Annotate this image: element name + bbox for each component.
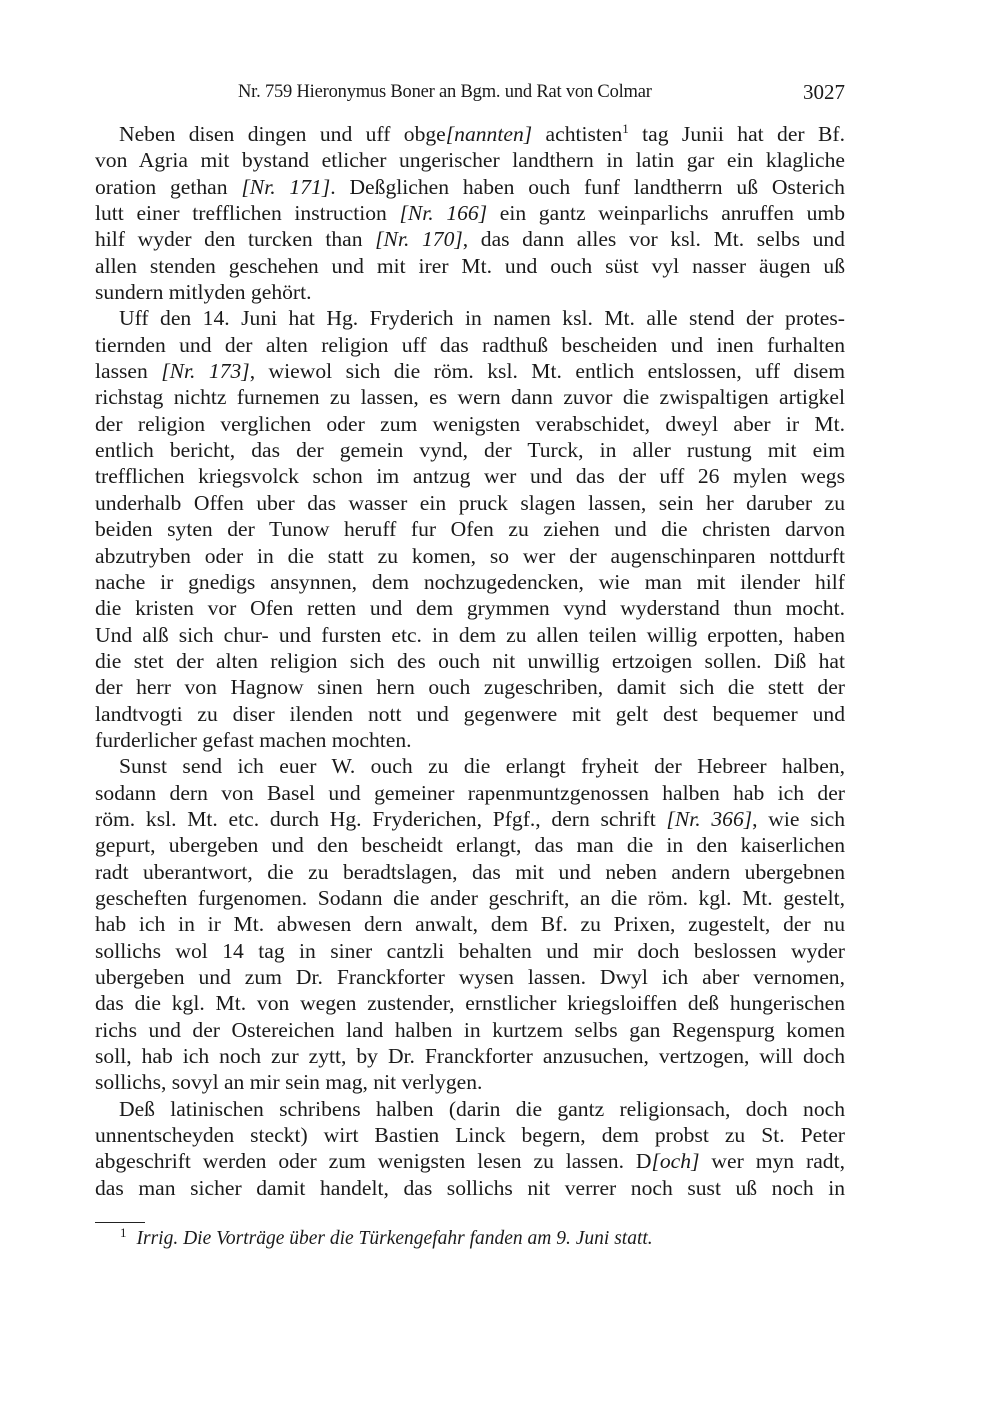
text-segment: unnentscheyden steckt) wirt Bastien Linc… — [95, 1123, 845, 1147]
editorial-reference: [Nr. 166] — [399, 201, 487, 225]
text-line: richs und der Ostereichen land halben in… — [95, 1017, 845, 1043]
text-segment: richstag nichtz furnemen zu lassen, es w… — [95, 385, 845, 409]
page-number: 3027 — [803, 80, 845, 105]
text-segment: lassen — [95, 359, 161, 383]
text-segment: ubergeben und zum Dr. Franckforter wysen… — [95, 965, 845, 989]
text-segment: . Deßglichen haben ouch funf landtherrn … — [330, 175, 845, 199]
text-segment: trefflichen kriegsvolck schon im antzug … — [95, 464, 845, 488]
text-segment: oration gethan — [95, 175, 241, 199]
text-line: lutt einer trefflichen instruction [Nr. … — [95, 200, 845, 226]
text-segment: Sunst send ich euer W. ouch zu die erlan… — [119, 754, 845, 778]
text-segment: beiden syten der Tunow heruff fur Ofen z… — [95, 517, 845, 541]
footnote-text: Irrig. Die Vorträge über die Türkengefah… — [137, 1228, 653, 1249]
editorial-reference: [Nr. 366] — [666, 807, 752, 831]
text-segment: landtvogti zu diser ilenden nott und geg… — [95, 702, 845, 726]
text-line: entlich bericht, das der gemein vynd, de… — [95, 437, 845, 463]
text-segment: furderlicher gefast machen mochten. — [95, 728, 412, 752]
text-segment: das die kgl. Mt. von wegen zustender, er… — [95, 991, 845, 1015]
text-segment: von Agria mit bystand etlicher ungerisch… — [95, 148, 845, 172]
text-line: beiden syten der Tunow heruff fur Ofen z… — [95, 516, 845, 542]
text-segment: wer myn radt, — [699, 1149, 845, 1173]
text-line: tiernden und der alten religion uff das … — [95, 332, 845, 358]
text-line: oration gethan [Nr. 171]. Deßglichen hab… — [95, 174, 845, 200]
text-segment: abzutryben oder in die statt zu komen, s… — [95, 544, 845, 568]
text-segment: entlich bericht, das der gemein vynd, de… — [95, 438, 845, 462]
text-segment: gescheften furgenomen. Sodann die ander … — [95, 886, 845, 910]
text-segment: die kristen vor Ofen retten und dem grym… — [95, 596, 845, 620]
text-line: Deß latinischen schribens halben (darin … — [95, 1096, 845, 1122]
text-line: sundern mitlyden gehört. — [95, 279, 845, 305]
text-segment: achtisten — [532, 122, 622, 146]
document-page: Nr. 759 Hieronymus Boner an Bgm. und Rat… — [0, 0, 1004, 1418]
text-line: das man sicher damit handelt, das sollic… — [95, 1175, 845, 1201]
text-line: die stet der alten religion sich des ouc… — [95, 648, 845, 674]
text-segment: , das dann alles vor ksl. Mt. selbs und — [463, 227, 845, 251]
editorial-reference: [Nr. 171] — [241, 175, 330, 199]
text-line: allen stenden geschehen und mit irer Mt.… — [95, 253, 845, 279]
text-segment: nache ir gnedigs ansynnen, dem nochzuged… — [95, 570, 845, 594]
text-segment: tag Junii hat der Bf. — [629, 122, 845, 146]
text-segment: soll, hab ich noch zur zytt, by Dr. Fran… — [95, 1044, 845, 1068]
text-line: gepurt, ubergeben und den bescheidt erla… — [95, 832, 845, 858]
text-segment: sodann dern von Basel und gemeiner rapen… — [95, 781, 845, 805]
text-segment: Deß latinischen schribens halben (darin … — [119, 1097, 845, 1121]
text-line: underhalb Offen uber das wasser ein pruc… — [95, 490, 845, 516]
text-segment: tiernden und der alten religion uff das … — [95, 333, 845, 357]
editorial-reference: [nannten] — [446, 122, 532, 146]
text-line: sodann dern von Basel und gemeiner rapen… — [95, 780, 845, 806]
text-segment: Uff den 14. Juni hat Hg. Fryderich in na… — [119, 306, 845, 330]
text-segment: der herr von Hagnow sinen hern ouch zuge… — [95, 675, 845, 699]
text-segment: gepurt, ubergeben und den bescheidt erla… — [95, 833, 845, 857]
text-segment: die stet der alten religion sich des ouc… — [95, 649, 845, 673]
text-line: gescheften furgenomen. Sodann die ander … — [95, 885, 845, 911]
text-line: röm. ksl. Mt. etc. durch Hg. Fryderichen… — [95, 806, 845, 832]
text-line: radt uberantwort, die zu beradtslagen, d… — [95, 859, 845, 885]
editorial-reference: [och] — [651, 1149, 699, 1173]
text-segment: , wiewol sich die röm. ksl. Mt. entlich … — [250, 359, 845, 383]
text-line: Uff den 14. Juni hat Hg. Fryderich in na… — [95, 305, 845, 331]
text-line: abgeschrift werden oder zum wenigsten le… — [95, 1148, 845, 1174]
text-line: soll, hab ich noch zur zytt, by Dr. Fran… — [95, 1043, 845, 1069]
text-line: lassen [Nr. 173], wiewol sich die röm. k… — [95, 358, 845, 384]
text-segment: , wie sich — [752, 807, 845, 831]
text-line: hilf wyder den turcken than [Nr. 170], d… — [95, 226, 845, 252]
text-line: ubergeben und zum Dr. Franckforter wysen… — [95, 964, 845, 990]
text-line: nache ir gnedigs ansynnen, dem nochzuged… — [95, 569, 845, 595]
text-line: von Agria mit bystand etlicher ungerisch… — [95, 147, 845, 173]
text-segment: Neben disen dingen und uff obge — [119, 122, 446, 146]
footnote-number: 1 — [120, 1225, 127, 1240]
text-line: die kristen vor Ofen retten und dem grym… — [95, 595, 845, 621]
text-segment: ein gantz weinparlichs anruffen umb — [487, 201, 845, 225]
text-line: unnentscheyden steckt) wirt Bastien Linc… — [95, 1122, 845, 1148]
main-text: Neben disen dingen und uff obge[nannten]… — [95, 121, 845, 1201]
text-segment: sundern mitlyden gehört. — [95, 280, 312, 304]
text-line: abzutryben oder in die statt zu komen, s… — [95, 543, 845, 569]
text-segment: lutt einer trefflichen instruction — [95, 201, 399, 225]
text-segment: röm. ksl. Mt. etc. durch Hg. Fryderichen… — [95, 807, 666, 831]
text-line: Und alß sich chur- und fursten etc. in d… — [95, 622, 845, 648]
footnote-1: 1Irrig. Die Vorträge über die Türkengefa… — [120, 1226, 653, 1252]
text-segment: underhalb Offen uber das wasser ein pruc… — [95, 491, 845, 515]
text-line: Neben disen dingen und uff obge[nannten]… — [95, 121, 845, 147]
text-line: sollichs wol 14 tag in siner cantzli beh… — [95, 938, 845, 964]
text-line: Sunst send ich euer W. ouch zu die erlan… — [95, 753, 845, 779]
text-line: das die kgl. Mt. von wegen zustender, er… — [95, 990, 845, 1016]
text-segment: das man sicher damit handelt, das sollic… — [95, 1176, 845, 1200]
text-line: der religion verglichen oder zum wenigst… — [95, 411, 845, 437]
text-segment: radt uberantwort, die zu beradtslagen, d… — [95, 860, 845, 884]
text-segment: hab ich in ir Mt. abwesen dern anwalt, d… — [95, 912, 845, 936]
text-segment: abgeschrift werden oder zum wenigsten le… — [95, 1149, 651, 1173]
text-line: trefflichen kriegsvolck schon im antzug … — [95, 463, 845, 489]
text-line: sollichs, sovyl an mir sein mag, nit ver… — [95, 1069, 845, 1095]
running-head: Nr. 759 Hieronymus Boner an Bgm. und Rat… — [95, 80, 845, 106]
text-segment: hilf wyder den turcken than — [95, 227, 375, 251]
footnote-rule — [95, 1222, 145, 1223]
text-segment: der religion verglichen oder zum wenigst… — [95, 412, 845, 436]
text-segment: sollichs, sovyl an mir sein mag, nit ver… — [95, 1070, 482, 1094]
text-line: der herr von Hagnow sinen hern ouch zuge… — [95, 674, 845, 700]
text-segment: allen stenden geschehen und mit irer Mt.… — [95, 254, 845, 278]
text-segment: sollichs wol 14 tag in siner cantzli beh… — [95, 939, 845, 963]
editorial-reference: [Nr. 173] — [161, 359, 249, 383]
text-line: richstag nichtz furnemen zu lassen, es w… — [95, 384, 845, 410]
text-line: landtvogti zu diser ilenden nott und geg… — [95, 701, 845, 727]
running-title: Nr. 759 Hieronymus Boner an Bgm. und Rat… — [238, 82, 652, 103]
text-line: furderlicher gefast machen mochten. — [95, 727, 845, 753]
text-segment: Und alß sich chur- und fursten etc. in d… — [95, 623, 845, 647]
text-line: hab ich in ir Mt. abwesen dern anwalt, d… — [95, 911, 845, 937]
text-segment: richs und der Ostereichen land halben in… — [95, 1018, 845, 1042]
editorial-reference: [Nr. 170] — [375, 227, 463, 251]
